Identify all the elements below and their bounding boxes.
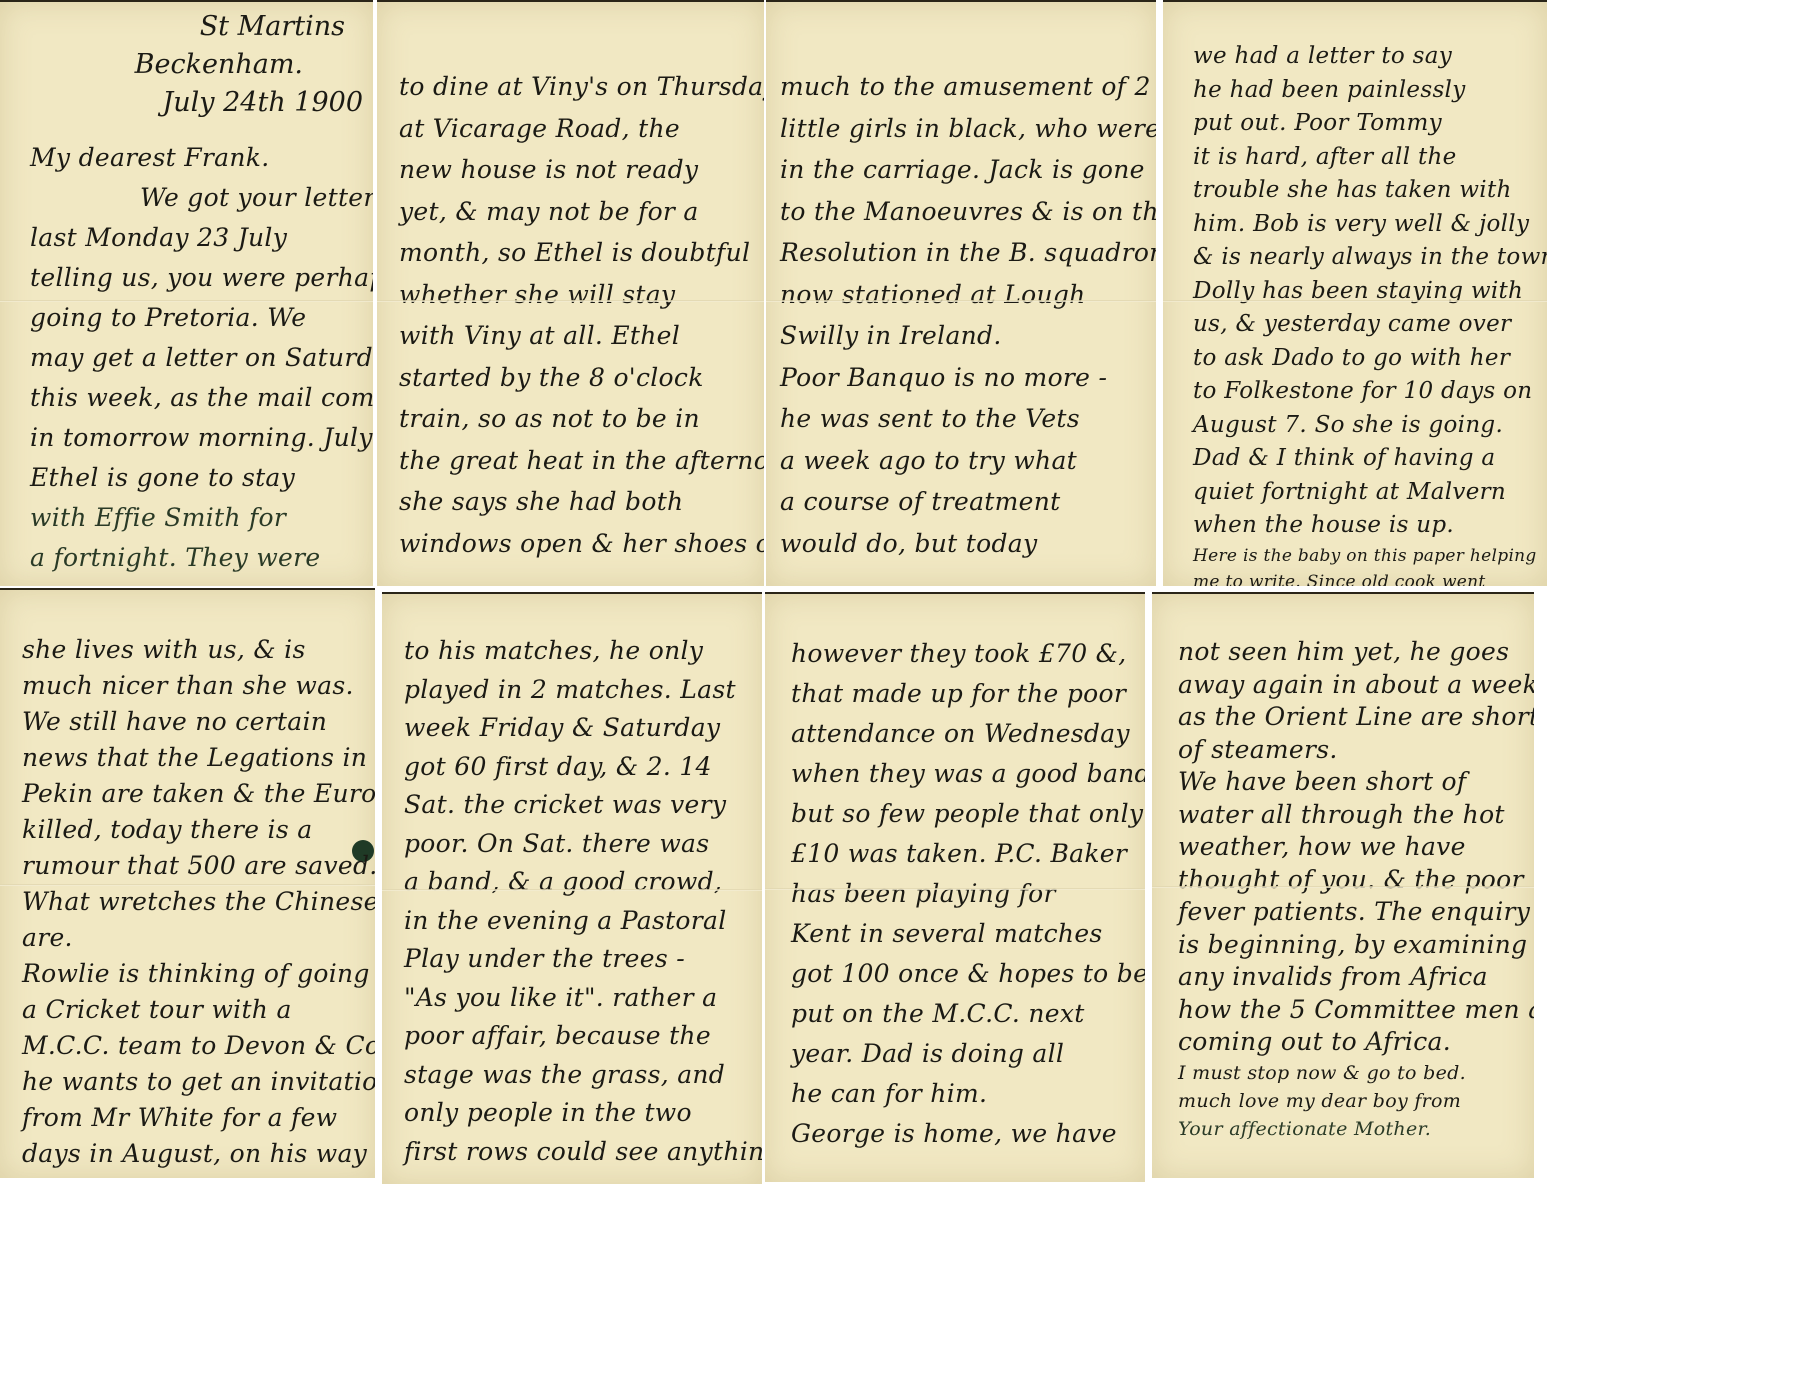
letter-line: now stationed at Lough xyxy=(780,274,1138,316)
letter-line: would do, but today xyxy=(780,523,1138,565)
letter-line: poor affair, because the xyxy=(404,1017,744,1056)
letter-line: much to the amusement of 2 xyxy=(780,66,1138,108)
letter-line: he was sent to the Vets xyxy=(780,398,1138,440)
letter-line: when they was a good band, xyxy=(791,754,1127,794)
letter-line: stage was the grass, and xyxy=(404,1056,744,1095)
letter-line: yet, & may not be for a xyxy=(399,191,746,233)
postscript-line: me to write. Since old cook went xyxy=(1193,569,1529,587)
letter-line: M.C.C. team to Devon & Cornwall xyxy=(22,1028,357,1064)
letter-line: is beginning, by examining xyxy=(1178,929,1516,962)
letter-line: killed, today there is a xyxy=(22,812,357,848)
letter-line: but so few people that only xyxy=(791,794,1127,834)
letter-line: telling us, you were perhaps xyxy=(30,258,355,298)
letter-line: Dolly has been staying with xyxy=(1193,275,1529,309)
letter-line: first rows could see anything xyxy=(404,1133,744,1172)
letter-line: got 100 once & hopes to be xyxy=(791,954,1127,994)
letter-line: has been playing for xyxy=(791,874,1127,914)
letter-line: news that the Legations in xyxy=(22,740,357,776)
letter-line: Dad & I think of having a xyxy=(1193,442,1529,476)
letter-line: "As you like it". rather a xyxy=(404,979,744,1018)
letter-line: in tomorrow morning. July 27. xyxy=(30,418,355,458)
letter-line: how the 5 Committee men are xyxy=(1178,994,1516,1027)
letter-line: from Mr White for a few xyxy=(22,1100,357,1136)
letter-line: he had been painlessly xyxy=(1193,74,1529,108)
letter-line: fever patients. The enquiry xyxy=(1178,896,1516,929)
letter-line: to Folkestone for 10 days on xyxy=(1193,375,1529,409)
letter-line: him. Bob is very well & jolly xyxy=(1193,208,1529,242)
letter-line: thought of you. & the poor xyxy=(1178,864,1516,897)
letter-line: us, & yesterday came over xyxy=(1193,308,1529,342)
letter-page-4: we had a letter to say he had been painl… xyxy=(1163,0,1547,586)
letter-line: he wants to get an invitation xyxy=(22,1064,357,1100)
letter-line: as the Orient Line are short xyxy=(1178,701,1516,734)
letter-line: Sat. the cricket was very xyxy=(404,786,744,825)
letter-line: a band, & a good crowd, xyxy=(404,863,744,902)
letter-line: attendance on Wednesday xyxy=(791,714,1127,754)
letter-line: quiet fortnight at Malvern xyxy=(1193,476,1529,510)
letter-page-7: however they took £70 &, that made up fo… xyxy=(765,592,1145,1182)
letter-line: last Monday 23 July xyxy=(30,218,355,258)
letter-line: £10 was taken. P.C. Baker xyxy=(791,834,1127,874)
letter-line: a fortnight. They were xyxy=(30,538,355,578)
letter-line: to ask Dado to go with her xyxy=(1193,342,1529,376)
letter-line: year. Dad is doing all xyxy=(791,1034,1127,1074)
letter-line: new house is not ready xyxy=(399,149,746,191)
signature: Your affectionate Mother. xyxy=(1178,1115,1516,1143)
letter-page-2: to dine at Viny's on Thursday at Vicarag… xyxy=(377,0,764,586)
letter-line: played in 2 matches. Last xyxy=(404,671,744,710)
letter-page-5: she lives with us, & is much nicer than … xyxy=(0,588,375,1178)
letter-line: windows open & her shoes off. xyxy=(399,523,746,565)
letter-line: We have been short of xyxy=(1178,766,1516,799)
letter-line: Pekin are taken & the Europeans xyxy=(22,776,357,812)
letter-line: in the carriage. Jack is gone xyxy=(780,149,1138,191)
letter-line: & is nearly always in the town xyxy=(1193,241,1529,275)
letter-line: of steamers. xyxy=(1178,734,1516,767)
letter-line: this week, as the mail comes xyxy=(30,378,355,418)
letter-line: August 7. So she is going. xyxy=(1193,409,1529,443)
letter-line: George is home, we have xyxy=(791,1114,1127,1154)
letter-line: We still have no certain xyxy=(22,704,357,740)
letter-line: days in August, on his way xyxy=(22,1136,357,1172)
letter-line: with Viny at all. Ethel xyxy=(399,315,746,357)
letter-line: Poor Banquo is no more - xyxy=(780,357,1138,399)
letter-line: to the Manoeuvres & is on the xyxy=(780,191,1138,233)
letter-line: are. xyxy=(22,920,357,956)
letter-line: weather, how we have xyxy=(1178,831,1516,864)
letter-line: got 60 first day, & 2. 14 xyxy=(404,748,744,787)
closing-line: I must stop now & go to bed. xyxy=(1178,1059,1516,1087)
letter-line: Swilly in Ireland. xyxy=(780,315,1138,357)
letter-page-3: much to the amusement of 2 little girls … xyxy=(766,0,1156,586)
letter-line: little girls in black, who were xyxy=(780,108,1138,150)
letter-line: that made up for the poor xyxy=(791,674,1127,714)
letter-line: any invalids from Africa xyxy=(1178,961,1516,994)
letter-line: Rowlie is thinking of going xyxy=(22,956,357,992)
letter-line: she lives with us, & is xyxy=(22,632,357,668)
letter-line: coming out to Africa. xyxy=(1178,1026,1516,1059)
letter-line: train, so as not to be in xyxy=(399,398,746,440)
letter-line: Ethel is gone to stay xyxy=(30,458,355,498)
letter-line: he can for him. xyxy=(791,1074,1127,1114)
letter-line: only people in the two xyxy=(404,1094,744,1133)
letter-line: however they took £70 &, xyxy=(791,634,1127,674)
letter-line: Resolution in the B. squadron xyxy=(780,232,1138,274)
letter-line: with Effie Smith for xyxy=(30,498,355,538)
letter-line: not seen him yet, he goes xyxy=(1178,636,1516,669)
letter-line: What wretches the Chinese xyxy=(22,884,357,920)
letter-line: rumour that 500 are saved. xyxy=(22,848,357,884)
letter-page-8: not seen him yet, he goes away again in … xyxy=(1152,592,1534,1178)
letter-line: much nicer than she was. xyxy=(22,668,357,704)
letter-line: she says she had both xyxy=(399,481,746,523)
letter-line: to dine at Viny's on Thursday xyxy=(399,66,746,108)
closing-line: much love my dear boy from xyxy=(1178,1087,1516,1115)
letter-line: the great heat in the afternoon xyxy=(399,440,746,482)
letter-line: may get a letter on Saturday xyxy=(30,338,355,378)
letter-line: trouble she has taken with xyxy=(1193,174,1529,208)
letter-page-6: to his matches, he only played in 2 matc… xyxy=(382,592,762,1184)
letter-line: when the house is up. xyxy=(1193,509,1529,543)
letter-line: Kent in several matches xyxy=(791,914,1127,954)
letter-line: put on the M.C.C. next xyxy=(791,994,1127,1034)
letter-line: put out. Poor Tommy xyxy=(1193,107,1529,141)
letter-line: Play under the trees - xyxy=(404,940,744,979)
letter-page-1: St Martins Beckenham. July 24th 1900 My … xyxy=(0,0,373,586)
letter-line: week Friday & Saturday xyxy=(404,709,744,748)
letter-line: a Cricket tour with a xyxy=(22,992,357,1028)
letter-line: a week ago to try what xyxy=(780,440,1138,482)
letter-line: at Vicarage Road, the xyxy=(399,108,746,150)
salutation: My dearest Frank. xyxy=(30,138,355,178)
postscript-line: Here is the baby on this paper helping xyxy=(1193,543,1529,569)
letter-line: we had a letter to say xyxy=(1193,40,1529,74)
letter-line: in the evening a Pastoral xyxy=(404,902,744,941)
letter-line: poor. On Sat. there was xyxy=(404,825,744,864)
letter-line: water all through the hot xyxy=(1178,799,1516,832)
letter-line: away again in about a week xyxy=(1178,669,1516,702)
letter-line: started by the 8 o'clock xyxy=(399,357,746,399)
letter-line: to his matches, he only xyxy=(404,632,744,671)
letter-line: a course of treatment xyxy=(780,481,1138,523)
letter-line: month, so Ethel is doubtful xyxy=(399,232,746,274)
letter-line: it is hard, after all the xyxy=(1193,141,1529,175)
letter-line: going to Pretoria. We xyxy=(30,298,355,338)
letter-line: We got your letters xyxy=(30,178,355,218)
letter-line: whether she will stay xyxy=(399,274,746,316)
